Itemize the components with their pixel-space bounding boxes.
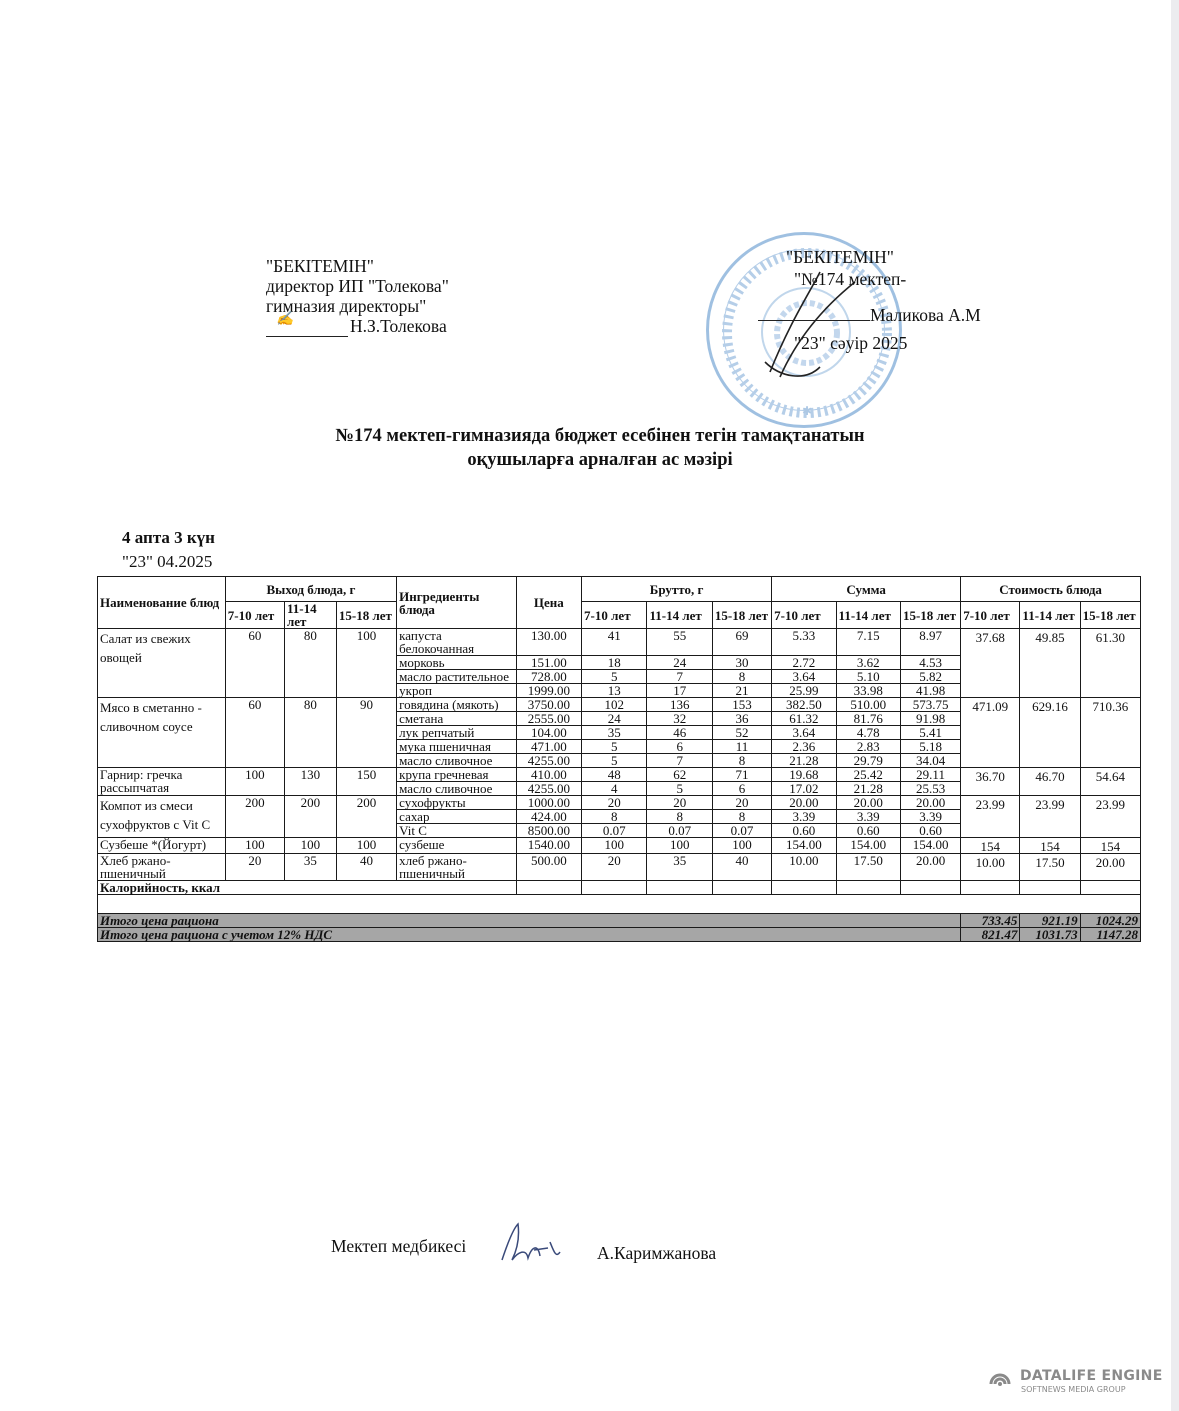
dish-yield: 100 <box>284 838 336 854</box>
ingredient-gross: 8 <box>712 810 771 824</box>
dish-yield: 100 <box>225 768 284 796</box>
age-group-header-row: 7-10 лет11-14 лет15-18 лет7-10 лет11-14 … <box>98 602 1141 629</box>
ingredient-name: масло сливочное <box>397 782 516 796</box>
dish-yield: 60 <box>225 698 284 768</box>
header-age-group: 15-18 лет <box>336 602 396 629</box>
datalife-logo-icon <box>988 1369 1012 1393</box>
ingredient-sum: 3.62 <box>836 656 900 670</box>
ingredient-sum: 510.00 <box>836 698 900 712</box>
ingredient-gross: 8 <box>712 670 771 684</box>
ingredient-gross: 100 <box>647 838 712 854</box>
menu-date: "23" 04.2025 <box>122 552 212 572</box>
signature-line <box>758 320 870 321</box>
ingredient-sum: 5.33 <box>772 629 836 656</box>
ingredient-price: 1540.00 <box>516 838 581 854</box>
ingredient-sum: 20.00 <box>836 796 900 810</box>
approval-left-signatory: Н.З.Толекова <box>350 316 447 336</box>
dish-cost: 23.99 <box>1080 796 1140 838</box>
ingredient-price: 1999.00 <box>516 684 581 698</box>
dish-yield: 80 <box>284 629 336 698</box>
ingredient-sum: 5.10 <box>836 670 900 684</box>
ingredient-gross: 32 <box>647 712 712 726</box>
ingredient-sum: 25.53 <box>900 782 960 796</box>
header-age-group: 7-10 лет <box>225 602 284 629</box>
dish-yield: 150 <box>336 768 396 796</box>
ingredient-sum: 0.60 <box>772 824 836 838</box>
ingredient-gross: 11 <box>712 740 771 754</box>
header-age-group: 15-18 лет <box>1080 602 1140 629</box>
ingredient-sum: 382.50 <box>772 698 836 712</box>
ingredient-name: морковь <box>397 656 516 670</box>
ingredient-sum: 3.39 <box>836 810 900 824</box>
dish-name: Хлеб ржано-пшеничный <box>98 854 226 881</box>
calories-value <box>900 881 960 895</box>
ingredient-sum: 10.00 <box>772 854 836 881</box>
signature-mark-icon: ✍ <box>276 310 293 330</box>
ingredient-name: Vit C <box>397 824 516 838</box>
ingredient-sum: 29.79 <box>836 754 900 768</box>
signature-line: ✍ <box>266 316 348 337</box>
ingredient-sum: 154.00 <box>836 838 900 854</box>
dish-yield: 100 <box>336 838 396 854</box>
ingredient-sum: 21.28 <box>772 754 836 768</box>
ingredient-name: укроп <box>397 684 516 698</box>
calories-value <box>1020 881 1080 895</box>
dish-cost: 17.50 <box>1020 854 1080 881</box>
ingredient-sum: 34.04 <box>900 754 960 768</box>
ingredient-gross: 8 <box>647 810 712 824</box>
ingredient-gross: 0.07 <box>647 824 712 838</box>
header-age-group: 11-14 лет <box>836 602 900 629</box>
approval-right-signatory: Маликова А.М <box>870 305 981 325</box>
ingredient-gross: 55 <box>647 629 712 656</box>
header-age-group: 7-10 лет <box>772 602 836 629</box>
ingredient-sum: 20.00 <box>772 796 836 810</box>
dish-yield: 200 <box>336 796 396 838</box>
total-vat-value: 1147.28 <box>1080 928 1140 942</box>
ingredient-gross: 8 <box>582 810 647 824</box>
dish-cost: 46.70 <box>1020 768 1080 796</box>
dish-cost: 471.09 <box>961 698 1020 768</box>
ingredient-sum: 61.32 <box>772 712 836 726</box>
ingredient-gross: 18 <box>582 656 647 670</box>
dish-name: Мясо в сметанно - сливочном соусе <box>98 698 226 768</box>
ingredient-gross: 4 <box>582 782 647 796</box>
header-ingredients: Ингредиенты блюда <box>397 577 516 629</box>
dish-yield: 100 <box>225 838 284 854</box>
ingredient-name: сузбеше <box>397 838 516 854</box>
ingredient-gross: 0.07 <box>582 824 647 838</box>
ingredient-gross: 20 <box>582 854 647 881</box>
ingredient-name: сметана <box>397 712 516 726</box>
header-yield: Выход блюда, г <box>225 577 396 602</box>
ingredient-gross: 69 <box>712 629 771 656</box>
calories-value <box>961 881 1020 895</box>
dish-yield: 20 <box>225 854 284 881</box>
ingredient-gross: 41 <box>582 629 647 656</box>
dish-cost: 20.00 <box>1080 854 1140 881</box>
nurse-name: А.Каримжанова <box>597 1243 716 1264</box>
ingredient-gross: 24 <box>582 712 647 726</box>
ingredient-gross: 6 <box>647 740 712 754</box>
ingredient-sum: 8.97 <box>900 629 960 656</box>
ingredient-sum: 25.42 <box>836 768 900 782</box>
calories-value <box>1080 881 1140 895</box>
calories-value <box>836 881 900 895</box>
dish-yield: 90 <box>336 698 396 768</box>
ingredient-price: 151.00 <box>516 656 581 670</box>
document-title: №174 мектеп-гимназияда бюджет есебінен т… <box>270 424 930 472</box>
total-vat-value: 821.47 <box>961 928 1020 942</box>
total-value: 921.19 <box>1020 914 1080 928</box>
dish-name: Компот из смеси сухофруктов с Vit C <box>98 796 226 838</box>
title-line1: №174 мектеп-гимназияда бюджет есебінен т… <box>270 424 930 448</box>
ingredient-gross: 5 <box>582 670 647 684</box>
ingredient-price: 1000.00 <box>516 796 581 810</box>
ingredient-name: масло сливочное <box>397 754 516 768</box>
ingredient-sum: 4.53 <box>900 656 960 670</box>
approval-right: "БЕКІТЕМІН" "№174 мектеп- Маликова А.М "… <box>786 246 981 354</box>
ingredient-gross: 153 <box>712 698 771 712</box>
approval-right-line2: "№174 мектеп- <box>786 268 981 290</box>
total-row: Итого цена рациона733.45921.191024.29 <box>98 914 1141 928</box>
header-age-group: 15-18 лет <box>712 602 771 629</box>
blank-cell <box>98 895 1141 914</box>
ingredient-gross: 62 <box>647 768 712 782</box>
approval-left-line1: "БЕКІТЕМІН" <box>266 256 449 276</box>
ingredient-gross: 100 <box>712 838 771 854</box>
calories-value <box>516 881 581 895</box>
ingredient-name: капуста белокочанная <box>397 629 516 656</box>
table-row: Хлеб ржано-пшеничный203540хлеб ржано-пше… <box>98 854 1141 881</box>
dish-cost: 629.16 <box>1020 698 1080 768</box>
header-cost: Стоимость блюда <box>961 577 1141 602</box>
ingredient-sum: 41.98 <box>900 684 960 698</box>
ingredient-gross: 100 <box>582 838 647 854</box>
ingredient-price: 3750.00 <box>516 698 581 712</box>
ingredient-gross: 40 <box>712 854 771 881</box>
watermark-subtitle: SOFTNEWS MEDIA GROUP <box>1021 1385 1126 1394</box>
dish-name: Гарнир: гречка рассыпчатая <box>98 768 226 796</box>
ingredient-gross: 102 <box>582 698 647 712</box>
dish-cost: 49.85 <box>1020 629 1080 698</box>
calories-row: Калорийность, ккал <box>98 881 1141 895</box>
table-row: Мясо в сметанно - сливочном соусе608090г… <box>98 698 1141 712</box>
calories-value <box>582 881 647 895</box>
dish-yield: 60 <box>225 629 284 698</box>
dish-cost: 54.64 <box>1080 768 1140 796</box>
ingredient-gross: 7 <box>647 754 712 768</box>
header-gross: Брутто, г <box>582 577 772 602</box>
ingredient-name: сухофрукты <box>397 796 516 810</box>
ingredient-gross: 7 <box>647 670 712 684</box>
ingredient-sum: 25.99 <box>772 684 836 698</box>
header-age-group: 11-14 лет <box>1020 602 1080 629</box>
nurse-label: Мектеп медбикесі <box>331 1236 466 1257</box>
ingredient-sum: 2.83 <box>836 740 900 754</box>
total-value: 1024.29 <box>1080 914 1140 928</box>
ingredient-gross: 0.07 <box>712 824 771 838</box>
dish-cost: 154 <box>1080 838 1140 854</box>
ingredient-sum: 573.75 <box>900 698 960 712</box>
ingredient-gross: 8 <box>712 754 771 768</box>
calories-value <box>772 881 836 895</box>
dish-cost: 61.30 <box>1080 629 1140 698</box>
ingredient-sum: 3.64 <box>772 726 836 740</box>
ingredient-price: 728.00 <box>516 670 581 684</box>
ingredient-sum: 19.68 <box>772 768 836 782</box>
table-row: Салат из свежих овощей6080100капуста бел… <box>98 629 1141 656</box>
ingredient-sum: 4.78 <box>836 726 900 740</box>
svg-text:✱: ✱ <box>802 404 812 418</box>
ingredient-sum: 154.00 <box>900 838 960 854</box>
ingredient-sum: 33.98 <box>836 684 900 698</box>
approval-left: "БЕКІТЕМІН" директор ИП "Толекова" гимна… <box>266 256 449 337</box>
ingredient-price: 424.00 <box>516 810 581 824</box>
ingredient-gross: 20 <box>582 796 647 810</box>
ingredient-price: 2555.00 <box>516 712 581 726</box>
ingredient-sum: 17.50 <box>836 854 900 881</box>
ingredient-sum: 81.76 <box>836 712 900 726</box>
total-vat-label: Итого цена рациона с учетом 12% НДС <box>98 928 961 942</box>
total-label: Итого цена рациона <box>98 914 961 928</box>
dish-cost: 37.68 <box>961 629 1020 698</box>
approval-right-date: "23" сәуір 2025 <box>794 332 981 354</box>
dish-yield: 200 <box>284 796 336 838</box>
dish-cost: 710.36 <box>1080 698 1140 768</box>
ingredient-sum: 29.11 <box>900 768 960 782</box>
dish-cost: 36.70 <box>961 768 1020 796</box>
dish-cost: 154 <box>1020 838 1080 854</box>
dish-yield: 80 <box>284 698 336 768</box>
header-age-group: 7-10 лет <box>961 602 1020 629</box>
dish-yield: 130 <box>284 768 336 796</box>
page-edge <box>1171 0 1179 1411</box>
ingredient-sum: 2.36 <box>772 740 836 754</box>
ingredient-name: масло растительное <box>397 670 516 684</box>
ingredient-sum: 3.39 <box>900 810 960 824</box>
ingredient-price: 410.00 <box>516 768 581 782</box>
ingredient-sum: 91.98 <box>900 712 960 726</box>
ingredient-gross: 20 <box>712 796 771 810</box>
ingredient-sum: 154.00 <box>772 838 836 854</box>
dish-name: Салат из свежих овощей <box>98 629 226 698</box>
ingredient-gross: 21 <box>712 684 771 698</box>
ingredient-name: сахар <box>397 810 516 824</box>
dish-yield: 100 <box>336 629 396 698</box>
ingredient-gross: 5 <box>582 754 647 768</box>
ingredient-gross: 13 <box>582 684 647 698</box>
watermark-title: DATALIFE ENGINE <box>1020 1368 1163 1384</box>
ingredient-gross: 6 <box>712 782 771 796</box>
calories-value <box>712 881 771 895</box>
ingredient-price: 471.00 <box>516 740 581 754</box>
total-vat-value: 1031.73 <box>1020 928 1080 942</box>
dish-name: Сузбеше *(Йогурт) <box>98 838 226 854</box>
dish-yield: 40 <box>336 854 396 881</box>
header-sum: Сумма <box>772 577 961 602</box>
dish-cost: 154 <box>961 838 1020 854</box>
ingredient-gross: 36 <box>712 712 771 726</box>
ingredient-sum: 20.00 <box>900 854 960 881</box>
ingredient-gross: 52 <box>712 726 771 740</box>
ingredient-gross: 24 <box>647 656 712 670</box>
header-age-group: 7-10 лет <box>582 602 647 629</box>
title-line2: оқушыларға арналған ас мәзірі <box>270 448 930 472</box>
ingredient-sum: 3.39 <box>772 810 836 824</box>
ingredient-gross: 48 <box>582 768 647 782</box>
approval-left-line2: директор ИП "Толекова" <box>266 276 449 296</box>
ingredient-price: 8500.00 <box>516 824 581 838</box>
ingredient-sum: 3.64 <box>772 670 836 684</box>
ingredient-sum: 5.82 <box>900 670 960 684</box>
ingredient-gross: 35 <box>647 854 712 881</box>
table-row: Сузбеше *(Йогурт)100100100сузбеше1540.00… <box>98 838 1141 854</box>
ingredient-price: 130.00 <box>516 629 581 656</box>
ingredient-price: 4255.00 <box>516 754 581 768</box>
table-row: Гарнир: гречка рассыпчатая100130150крупа… <box>98 768 1141 782</box>
dish-cost: 10.00 <box>961 854 1020 881</box>
ingredient-gross: 30 <box>712 656 771 670</box>
ingredient-price: 4255.00 <box>516 782 581 796</box>
ingredient-sum: 7.15 <box>836 629 900 656</box>
ingredient-price: 500.00 <box>516 854 581 881</box>
calories-value <box>647 881 712 895</box>
ingredient-gross: 136 <box>647 698 712 712</box>
ingredient-gross: 17 <box>647 684 712 698</box>
ingredient-sum: 2.72 <box>772 656 836 670</box>
menu-table: Наименование блюд Выход блюда, г Ингреди… <box>97 576 1141 942</box>
ingredient-sum: 0.60 <box>836 824 900 838</box>
total-vat-row: Итого цена рациона с учетом 12% НДС821.4… <box>98 928 1141 942</box>
ingredient-sum: 5.41 <box>900 726 960 740</box>
dish-yield: 35 <box>284 854 336 881</box>
ingredient-name: говядина (мякоть) <box>397 698 516 712</box>
total-value: 733.45 <box>961 914 1020 928</box>
ingredient-gross: 46 <box>647 726 712 740</box>
ingredient-gross: 71 <box>712 768 771 782</box>
header-age-group: 15-18 лет <box>900 602 960 629</box>
header-age-group: 11-14 лет <box>647 602 712 629</box>
nurse-signature-icon <box>498 1222 568 1266</box>
ingredient-sum: 21.28 <box>836 782 900 796</box>
table-row: Компот из смеси сухофруктов с Vit C20020… <box>98 796 1141 810</box>
dish-cost: 23.99 <box>961 796 1020 838</box>
header-price: Цена <box>516 577 581 629</box>
dish-cost: 23.99 <box>1020 796 1080 838</box>
ingredient-sum: 5.18 <box>900 740 960 754</box>
blank-row <box>98 895 1141 914</box>
ingredient-name: лук репчатый <box>397 726 516 740</box>
week-day: 4 апта 3 күн <box>122 528 215 548</box>
ingredient-price: 104.00 <box>516 726 581 740</box>
ingredient-gross: 5 <box>582 740 647 754</box>
ingredient-gross: 20 <box>647 796 712 810</box>
ingredient-name: крупа гречневая <box>397 768 516 782</box>
header-dish-name: Наименование блюд <box>98 577 226 629</box>
ingredient-name: хлеб ржано-пшеничный <box>397 854 516 881</box>
header-age-group: 11-14 лет <box>284 602 336 629</box>
calories-label: Калорийность, ккал <box>98 881 517 895</box>
ingredient-sum: 0.60 <box>900 824 960 838</box>
ingredient-gross: 5 <box>647 782 712 796</box>
ingredient-sum: 17.02 <box>772 782 836 796</box>
ingredient-sum: 20.00 <box>900 796 960 810</box>
ingredient-name: мука пшеничная <box>397 740 516 754</box>
approval-right-line1: "БЕКІТЕМІН" <box>786 246 981 268</box>
dish-yield: 200 <box>225 796 284 838</box>
ingredient-gross: 35 <box>582 726 647 740</box>
